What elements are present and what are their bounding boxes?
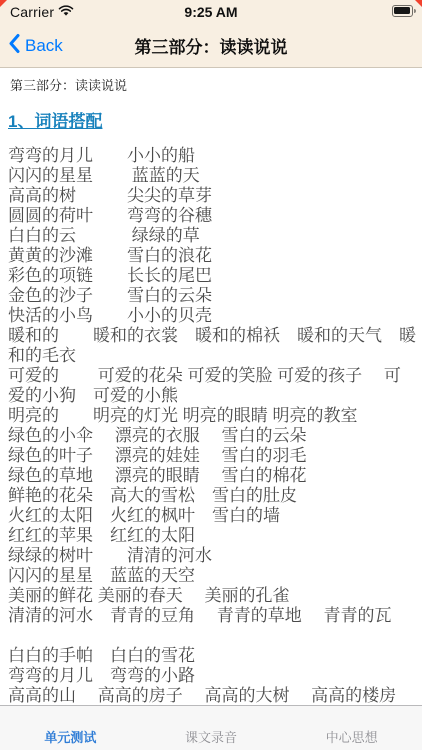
back-button[interactable]: Back xyxy=(8,24,63,67)
tab-unit-test[interactable]: 单元测试 xyxy=(0,727,141,746)
text-line: 绿绿的树叶 清清的河水 xyxy=(8,546,422,566)
text-line: 快活的小鸟 小小的贝壳 xyxy=(8,306,422,326)
text-line: 火红的太阳 火红的枫叶 雪白的墙 xyxy=(8,506,422,526)
text-line: 彩色的项链 长长的尾巴 xyxy=(8,266,422,286)
status-left: Carrier xyxy=(10,4,74,20)
text-line: 高高的山 高高的房子 高高的大树 高高的楼房 xyxy=(8,686,422,705)
screen-corner-mark-left xyxy=(0,0,7,7)
text-line: 美丽的鲜花 美丽的春天 美丽的孔雀 xyxy=(8,586,422,606)
text-line: 弯弯的月儿 小小的船 xyxy=(8,146,422,166)
page-title: 第三部分：读读说说 xyxy=(135,33,288,58)
text-line: 爱的小狗 可爱的小熊 xyxy=(8,386,422,406)
tab-lesson-audio[interactable]: 课文录音 xyxy=(141,727,282,746)
tab-bar: 单元测试课文录音中心思想 xyxy=(0,705,422,750)
text-line: 红红的苹果 红红的太阳 xyxy=(8,526,422,546)
text-line xyxy=(8,626,422,646)
text-line: 可爱的 可爱的花朵 可爱的笑脸 可爱的孩子 可 xyxy=(8,366,422,386)
app-screen: Carrier 9:25 AM Back 第 xyxy=(0,0,422,750)
text-line: 和的毛衣 xyxy=(8,346,422,366)
text-line: 绿色的叶子 漂亮的娃娃 雪白的羽毛 xyxy=(8,446,422,466)
text-line: 绿色的草地 漂亮的眼睛 雪白的棉花 xyxy=(8,466,422,486)
text-line: 绿色的小伞 漂亮的衣服 雪白的云朵 xyxy=(8,426,422,446)
status-bar: Carrier 9:25 AM xyxy=(0,0,422,24)
battery-icon xyxy=(392,5,416,17)
carrier-label: Carrier xyxy=(10,4,54,20)
chevron-left-icon xyxy=(8,33,20,59)
back-button-label: Back xyxy=(25,36,63,56)
wifi-icon xyxy=(58,4,74,20)
text-line: 鲜艳的花朵 高大的雪松 雪白的肚皮 xyxy=(8,486,422,506)
text-lines: 弯弯的月儿 小小的船闪闪的星星 蓝蓝的天高高的树 尖尖的草芽圆圆的荷叶 弯弯的谷… xyxy=(0,146,422,705)
text-line: 弯弯的月儿 弯弯的小路 xyxy=(8,666,422,686)
text-line: 白白的手帕 白白的雪花 xyxy=(8,646,422,666)
text-line: 金色的沙子 雪白的云朵 xyxy=(8,286,422,306)
text-line: 闪闪的星星 蓝蓝的天空 xyxy=(8,566,422,586)
screen-corner-mark-right xyxy=(415,0,422,7)
text-line: 白白的云 绿绿的草 xyxy=(8,226,422,246)
word-pairing-link[interactable]: 1、词语搭配 xyxy=(8,107,102,132)
text-line: 清清的河水 青青的豆角 青青的草地 青青的瓦 xyxy=(8,606,422,626)
content-area: 第三部分：读读说说 1、词语搭配 弯弯的月儿 小小的船闪闪的星星 蓝蓝的天高高的… xyxy=(0,68,422,705)
text-line: 闪闪的星星 蓝蓝的天 xyxy=(8,166,422,186)
text-line: 圆圆的荷叶 弯弯的谷穗 xyxy=(8,206,422,226)
section-header: 第三部分：读读说说 xyxy=(10,75,422,94)
tab-main-idea[interactable]: 中心思想 xyxy=(281,727,422,746)
nav-bar: Back 第三部分：读读说说 xyxy=(0,24,422,68)
text-line: 明亮的 明亮的灯光 明亮的眼睛 明亮的教室 xyxy=(8,406,422,426)
text-line: 暖和的 暖和的衣裳 暖和的棉袄 暖和的天气 暖 xyxy=(8,326,422,346)
text-line: 高高的树 尖尖的草芽 xyxy=(8,186,422,206)
text-line: 黄黄的沙滩 雪白的浪花 xyxy=(8,246,422,266)
